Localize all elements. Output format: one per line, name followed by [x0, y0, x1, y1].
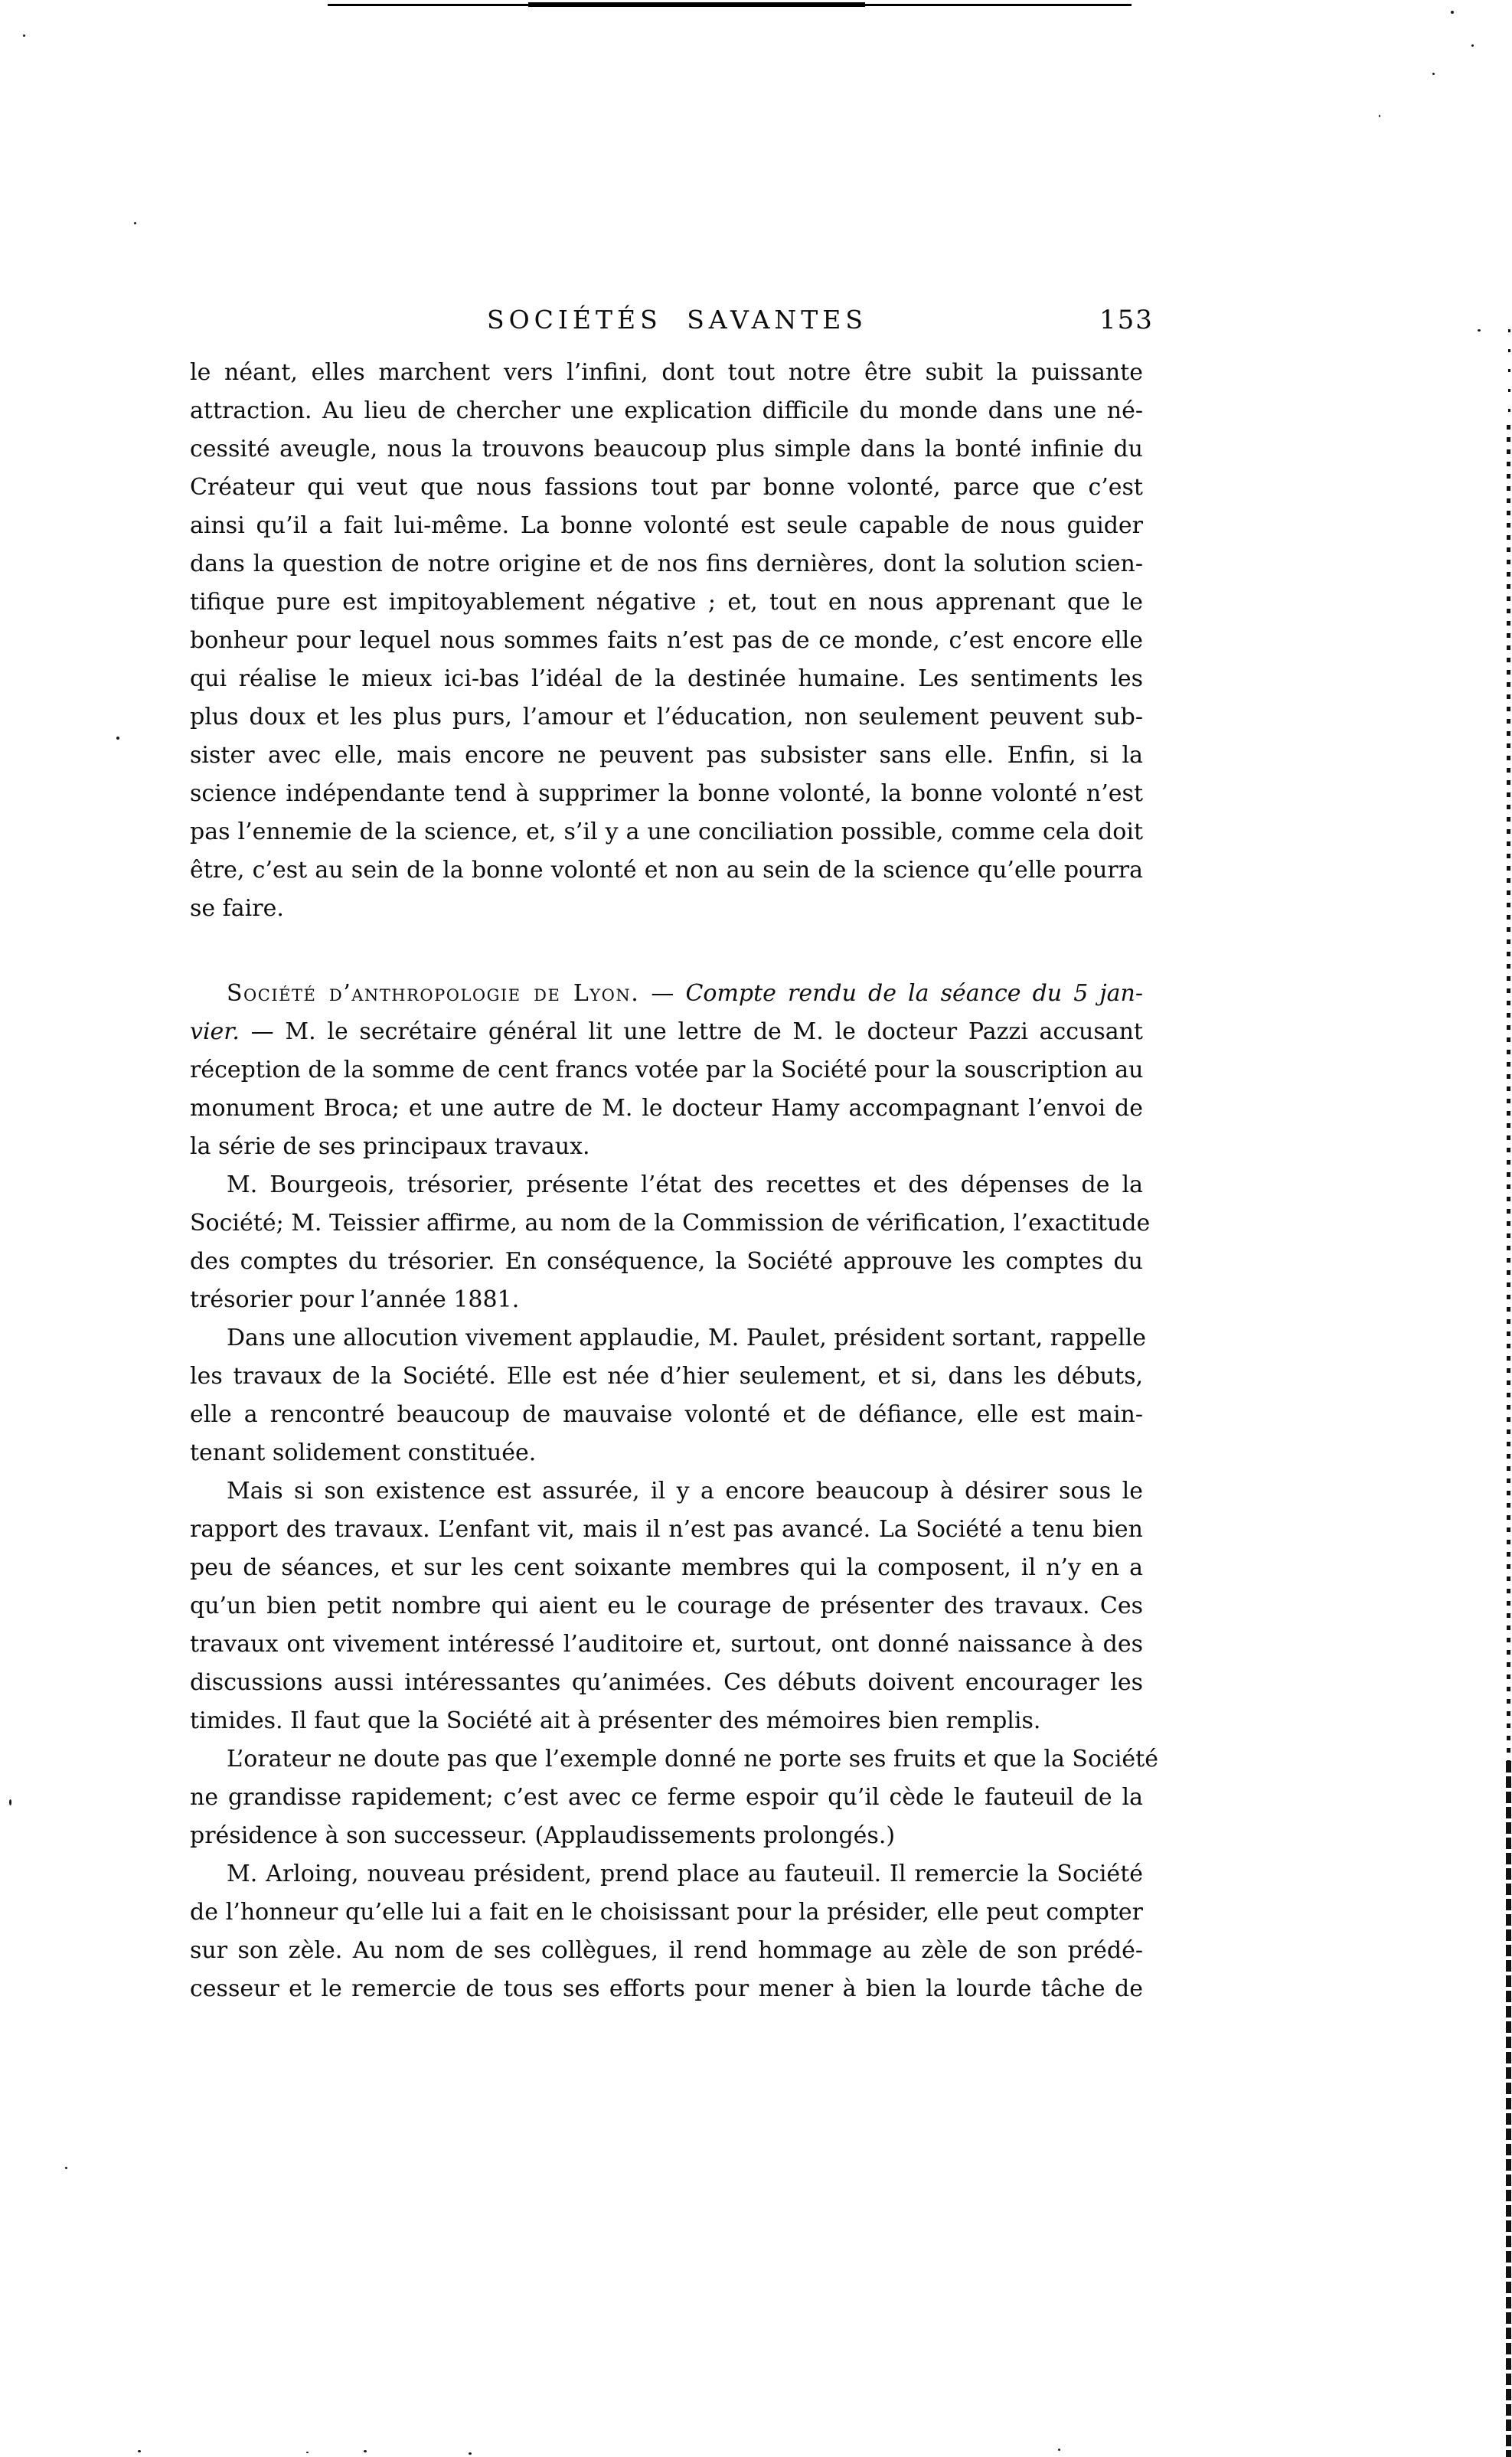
paragraph-bourgeois-tresorier: M. Bourgeois, trésorier, présente l’état…: [190, 1166, 1143, 1319]
scan-artifact-top-edge-line-thick: [528, 2, 865, 7]
text-segment: Mais si son existence est assurée, il y …: [227, 1478, 1143, 1505]
text-line: sur son zèle. Au nom de ses collègues, i…: [190, 1932, 1143, 1970]
text-segment: qui réalise le mieux ici-bas l’idéal de …: [190, 665, 1143, 692]
text-segment: Dans une allocution vivement applaudie, …: [227, 1325, 1146, 1351]
text-segment: M. Arloing, nouveau président, prend pla…: [227, 1861, 1143, 1887]
text-segment: trésorier pour l’année 1881.: [190, 1286, 519, 1313]
text-line: pas l’ennemie de la science, et, s’il y …: [190, 813, 1143, 851]
text-segment: les travaux de la Société. Elle est née …: [190, 1363, 1143, 1390]
text-segment: des comptes du trésorier. En conséquence…: [190, 1248, 1143, 1275]
text-line: M. Bourgeois, trésorier, présente l’état…: [190, 1166, 1143, 1204]
text-line: peu de séances, et sur les cent soixante…: [190, 1549, 1143, 1587]
text-segment: tifique pure est impitoyablement négativ…: [190, 589, 1143, 616]
text-segment: se faire.: [190, 895, 284, 922]
text-segment: présidence à son successeur. (Applaudiss…: [190, 1822, 895, 1849]
text-line: monument Broca; et une autre de M. le do…: [190, 1090, 1143, 1128]
text-line: attraction. Au lieu de chercher une expl…: [190, 392, 1143, 430]
text-segment: Société; M. Teissier affirme, au nom de …: [190, 1210, 1150, 1237]
scan-speck: [1451, 11, 1454, 14]
text-segment: qu’un bien petit nombre qui aient eu le …: [190, 1593, 1143, 1619]
paragraph-allocution-paulet: Dans une allocution vivement applaudie, …: [190, 1319, 1143, 1472]
scan-speck: [1058, 2449, 1060, 2451]
text-segment: cesseur et le remercie de tous ses effor…: [190, 1975, 1143, 2002]
text-line: cessité aveugle, nous la trouvons beauco…: [190, 430, 1143, 469]
text-line: Dans une allocution vivement applaudie, …: [190, 1319, 1143, 1358]
text-segment: réception de la somme de cent francs vot…: [190, 1057, 1144, 1083]
text-line: de l’honneur qu’elle lui a fait en le ch…: [190, 1893, 1143, 1932]
scan-artifact-right-edge: [1506, 1761, 1511, 2457]
text-segment: tenant solidement constituée.: [190, 1439, 536, 1466]
text-segment: L’orateur ne doute pas que l’exemple don…: [227, 1746, 1158, 1773]
page-number: 153: [1099, 305, 1154, 335]
text-segment: science indépendante tend à supprimer la…: [190, 780, 1143, 807]
scan-speck: [65, 2167, 67, 2169]
paragraph-societe-anthropologie-lyon: Société d’anthropologie de Lyon. — Compt…: [190, 975, 1143, 1166]
scan-speck: [469, 2452, 472, 2455]
text-segment: cessité aveugle, nous la trouvons beauco…: [190, 436, 1143, 462]
scan-speck: [134, 222, 136, 224]
body-text: le néant, elles marchent vers l’infini, …: [190, 354, 1143, 2008]
text-line: qui réalise le mieux ici-bas l’idéal de …: [190, 660, 1143, 698]
text-line: sister avec elle, mais encore ne peuvent…: [190, 737, 1143, 775]
text-line: qu’un bien petit nombre qui aient eu le …: [190, 1587, 1143, 1625]
text-line: Mais si son existence est assurée, il y …: [190, 1472, 1143, 1511]
text-line: elle a rencontré beaucoup de mauvaise vo…: [190, 1396, 1143, 1434]
text-segment: bonheur pour lequel nous sommes faits n’…: [190, 627, 1143, 654]
text-segment: elle a rencontré beaucoup de mauvaise vo…: [190, 1401, 1143, 1428]
page-title: SOCIÉTÉS SAVANTES: [201, 305, 1154, 335]
text-segment: discussions aussi intéressantes qu’animé…: [190, 1669, 1143, 1696]
text-segment: pas l’ennemie de la science, et, s’il y …: [190, 818, 1143, 845]
paragraph-continuation: le néant, elles marchent vers l’infini, …: [190, 354, 1143, 928]
text-segment: dans la question de notre origine et de …: [190, 551, 1143, 577]
text-line: vier. — M. le secrétaire général lit une…: [190, 1013, 1143, 1051]
text-segment: ainsi qu’il a fait lui-même. La bonne vo…: [190, 512, 1143, 539]
text-segment: sur son zèle. Au nom de ses collègues, i…: [190, 1937, 1143, 1964]
text-segment: la série de ses principaux travaux.: [190, 1133, 590, 1160]
text-line: réception de la somme de cent francs vot…: [190, 1051, 1143, 1090]
scan-speck: [9, 1799, 11, 1805]
text-line: plus doux et les plus purs, l’amour et l…: [190, 698, 1143, 737]
text-line: timides. Il faut que la Société ait à pr…: [190, 1702, 1143, 1740]
text-line: science indépendante tend à supprimer la…: [190, 775, 1143, 813]
text-line: Société d’anthropologie de Lyon. — Compt…: [190, 975, 1143, 1013]
scan-speck: [1478, 329, 1481, 332]
paragraph-orateur: L’orateur ne doute pas que l’exemple don…: [190, 1740, 1143, 1855]
text-line: des comptes du trésorier. En conséquence…: [190, 1243, 1143, 1281]
text-line: trésorier pour l’année 1881.: [190, 1281, 1143, 1319]
paragraph-existence-assuree: Mais si son existence est assurée, il y …: [190, 1472, 1143, 1740]
scan-speck: [116, 737, 119, 740]
text-line: bonheur pour lequel nous sommes faits n’…: [190, 622, 1143, 660]
text-line: présidence à son successeur. (Applaudiss…: [190, 1817, 1143, 1855]
text-line: ainsi qu’il a fait lui-même. La bonne vo…: [190, 507, 1143, 545]
scan-artifact-right-edge: [1508, 329, 1510, 425]
text-segment: rapport des travaux. L’enfant vit, mais …: [190, 1516, 1143, 1543]
text-line: se faire.: [190, 890, 1143, 928]
text-segment: Société d’anthropologie de Lyon.: [227, 980, 639, 1007]
text-segment: Créateur qui veut que nous fassions tout…: [190, 474, 1143, 501]
text-line: tifique pure est impitoyablement négativ…: [190, 583, 1143, 622]
scan-speck: [138, 2450, 141, 2452]
text-line: Créateur qui veut que nous fassions tout…: [190, 469, 1143, 507]
text-segment: —: [639, 980, 685, 1007]
text-segment: de l’honneur qu’elle lui a fait en le ch…: [190, 1899, 1143, 1926]
text-segment: travaux ont vivement intéressé l’auditoi…: [190, 1631, 1143, 1658]
text-line: travaux ont vivement intéressé l’auditoi…: [190, 1625, 1143, 1664]
text-segment: monument Broca; et une autre de M. le do…: [190, 1095, 1143, 1122]
text-segment: être, c’est au sein de la bonne volonté …: [190, 857, 1143, 884]
text-line: rapport des travaux. L’enfant vit, mais …: [190, 1511, 1143, 1549]
text-segment: timides. Il faut que la Société ait à pr…: [190, 1707, 1040, 1734]
scan-artifact-right-edge: [1507, 425, 1510, 1761]
scan-speck: [306, 2452, 309, 2453]
scan-speck: [1471, 44, 1474, 47]
text-line: Société; M. Teissier affirme, au nom de …: [190, 1204, 1143, 1243]
text-line: dans la question de notre origine et de …: [190, 545, 1143, 583]
text-segment: vier.: [190, 1018, 240, 1045]
text-line: la série de ses principaux travaux.: [190, 1128, 1143, 1166]
text-line: tenant solidement constituée.: [190, 1434, 1143, 1472]
scan-speck: [23, 34, 25, 37]
text-segment: Compte rendu de la séance du 5 jan-: [685, 980, 1143, 1007]
text-line: M. Arloing, nouveau président, prend pla…: [190, 1855, 1143, 1893]
text-line: les travaux de la Société. Elle est née …: [190, 1358, 1143, 1396]
text-line: discussions aussi intéressantes qu’animé…: [190, 1664, 1143, 1702]
text-line: ne grandisse rapidement; c’est avec ce f…: [190, 1779, 1143, 1817]
text-line: le néant, elles marchent vers l’infini, …: [190, 354, 1143, 392]
text-segment: peu de séances, et sur les cent soixante…: [190, 1554, 1143, 1581]
scan-speck: [1432, 73, 1435, 75]
text-segment: — M. le secrétaire général lit une lettr…: [240, 1018, 1143, 1045]
text-segment: ne grandisse rapidement; c’est avec ce f…: [190, 1784, 1143, 1811]
text-segment: sister avec elle, mais encore ne peuvent…: [190, 742, 1143, 769]
scanned-page: SOCIÉTÉS SAVANTES 153 le néant, elles ma…: [0, 0, 1512, 2457]
text-segment: M. Bourgeois, trésorier, présente l’état…: [227, 1171, 1143, 1198]
paragraph-arloing-president: M. Arloing, nouveau président, prend pla…: [190, 1855, 1143, 2008]
text-segment: le néant, elles marchent vers l’infini, …: [190, 359, 1143, 386]
text-line: être, c’est au sein de la bonne volonté …: [190, 851, 1143, 890]
text-segment: plus doux et les plus purs, l’amour et l…: [190, 704, 1143, 730]
scan-speck: [364, 2450, 367, 2452]
scan-speck: [1379, 115, 1380, 117]
text-line: L’orateur ne doute pas que l’exemple don…: [190, 1740, 1143, 1779]
text-line: cesseur et le remercie de tous ses effor…: [190, 1970, 1143, 2008]
text-segment: attraction. Au lieu de chercher une expl…: [190, 397, 1143, 424]
